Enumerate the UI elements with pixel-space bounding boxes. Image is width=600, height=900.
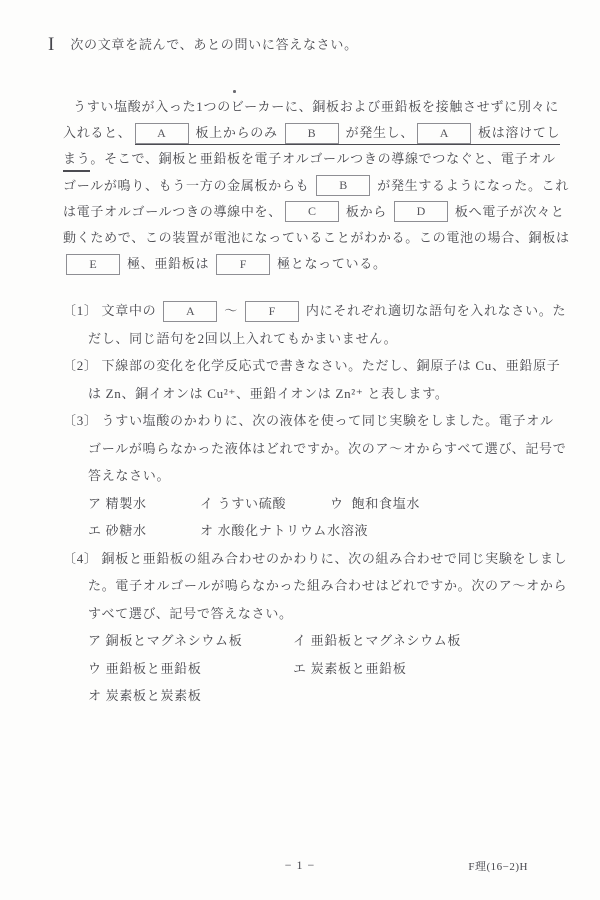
answer-box-A: A bbox=[417, 123, 471, 144]
answer-box-E: E bbox=[66, 254, 120, 275]
stray-dot-mark bbox=[233, 90, 236, 93]
text-segment: 板上からのみ bbox=[192, 125, 282, 140]
answer-box-B: B bbox=[285, 123, 339, 144]
passage-line: ゴールが鳴り、もう一方の金属板からも B が発生するようになった。これ bbox=[63, 173, 568, 199]
exam-body: うすい塩酸が入った1つのビーカーに、銅板および亜鉛板を接触させずに別々に入れると… bbox=[63, 94, 568, 710]
passage-line: うすい塩酸が入った1つのビーカーに、銅板および亜鉛板を接触させずに別々に bbox=[63, 94, 568, 120]
text-segment: まう bbox=[63, 151, 90, 166]
text-segment: 入れると、 bbox=[63, 125, 132, 140]
text-segment: 〔2〕 下線部の変化を化学反応式で書きなさい。ただし、銅原子は Cu、亜鉛原子 bbox=[63, 358, 560, 373]
question-4-line: た。電子オルゴールが鳴らなかった組み合わせはどれですか。次のア～オから bbox=[63, 572, 568, 600]
answer-box-A: A bbox=[135, 123, 189, 144]
document-code: F理(16−2)H bbox=[468, 858, 528, 874]
underline-rule bbox=[63, 170, 90, 172]
text-segment: が発生するようになった。これ bbox=[373, 178, 569, 193]
underline-rule bbox=[135, 144, 560, 146]
option-3-u: ウ 飽和食塩水 bbox=[330, 496, 420, 511]
section-header: I次の文章を読んで、あとの問いに答えなさい。 bbox=[48, 34, 358, 74]
question-1-line: だし、同じ語句を2回以上入れてもかまいません。 bbox=[63, 325, 568, 353]
text-segment: 板は溶けてし bbox=[474, 125, 560, 140]
answer-box-A: A bbox=[163, 301, 217, 322]
question-4-line: 〔4〕 銅板と亜鉛板の組み合わせのかわりに、次の組み合わせで同じ実験をしまし bbox=[63, 545, 568, 573]
text-segment: ～ bbox=[220, 303, 242, 318]
text-segment: ゴールが鳴り、もう一方の金属板からも bbox=[63, 178, 313, 193]
question-3-line: ゴールが鳴らなかった液体はどれですか。次のア～オからすべて選び、記号で bbox=[63, 435, 568, 463]
exam-page: I次の文章を読んで、あとの問いに答えなさい。 うすい塩酸が入った1つのビーカーに… bbox=[0, 0, 600, 900]
text-segment: が発生し、 bbox=[342, 125, 414, 140]
answer-box-C: C bbox=[285, 201, 339, 222]
answer-box-D: D bbox=[394, 201, 448, 222]
option-row: ウ 亜鉛板と亜鉛板エ 炭素板と亜鉛板 bbox=[63, 655, 568, 683]
option-4-e: エ 炭素板と亜鉛板 bbox=[293, 661, 407, 676]
text-segment: 〔3〕 うすい塩酸のかわりに、次の液体を使って同じ実験をしました。電子オル bbox=[63, 413, 554, 428]
text-segment: は電子オルゴールつきの導線中を、 bbox=[63, 204, 282, 219]
option-3-o: オ 水酸化ナトリウム水溶液 bbox=[200, 523, 368, 538]
text-segment: 板から bbox=[342, 204, 391, 219]
question-3-line: 〔3〕 うすい塩酸のかわりに、次の液体を使って同じ実験をしました。電子オル bbox=[63, 407, 568, 435]
question-2-line: 〔2〕 下線部の変化を化学反応式で書きなさい。ただし、銅原子は Cu、亜鉛原子 bbox=[63, 352, 568, 380]
option-row: オ 炭素板と炭素板 bbox=[63, 682, 568, 710]
text-segment: 動くためで、この装置が電池になっていることがわかる。この電池の場合、銅板は bbox=[63, 230, 570, 245]
text-segment: 極、亜鉛板は bbox=[123, 256, 213, 271]
text-segment: た。電子オルゴールが鳴らなかった組み合わせはどれですか。次のア～オから bbox=[88, 578, 567, 593]
option-row: エ 砂糖水オ 水酸化ナトリウム水溶液 bbox=[63, 517, 568, 545]
passage-line: は電子オルゴールつきの導線中を、C 板から D 板へ電子が次々と bbox=[63, 199, 568, 225]
option-4-o: オ 炭素板と炭素板 bbox=[88, 688, 202, 703]
text-segment: 答えなさい。 bbox=[88, 468, 170, 483]
text-segment: 板へ電子が次々と bbox=[451, 204, 565, 219]
answer-box-B: B bbox=[316, 175, 370, 196]
text-segment: 〔4〕 銅板と亜鉛板の組み合わせのかわりに、次の組み合わせで同じ実験をしまし bbox=[63, 551, 567, 566]
answer-box-F: F bbox=[216, 254, 270, 275]
text-segment: だし、同じ語句を2回以上入れてもかまいません。 bbox=[88, 331, 397, 346]
option-4-a: ア 銅板とマグネシウム板 bbox=[88, 627, 293, 655]
section-number: I bbox=[48, 34, 54, 55]
text-segment: 〔1〕 文章中の bbox=[63, 303, 160, 318]
question-2-line: は Zn、銅イオンは Cu²⁺、亜鉛イオンは Zn²⁺ と表します。 bbox=[63, 380, 568, 408]
option-row: ア 銅板とマグネシウム板イ 亜鉛板とマグネシウム板 bbox=[63, 627, 568, 655]
option-3-e: エ 砂糖水 bbox=[88, 517, 200, 545]
text-segment: ゴールが鳴らなかった液体はどれですか。次のア～オからすべて選び、記号で bbox=[88, 441, 566, 456]
section-heading: 次の文章を読んで、あとの問いに答えなさい。 bbox=[70, 37, 357, 52]
answer-box-F: F bbox=[245, 301, 299, 322]
passage-line: E 極、亜鉛板は F 極となっている。 bbox=[63, 251, 568, 277]
text-segment: 内にそれぞれ適切な語句を入れなさい。た bbox=[302, 303, 566, 318]
question-4-line: すべて選び、記号で答えなさい。 bbox=[63, 600, 568, 628]
option-3-i: イ うすい硫酸 bbox=[200, 490, 330, 518]
text-segment: 極となっている。 bbox=[273, 256, 387, 271]
text-segment: は Zn、銅イオンは Cu²⁺、亜鉛イオンは Zn²⁺ と表します。 bbox=[88, 386, 449, 401]
option-3-a: ア 精製水 bbox=[88, 490, 200, 518]
option-4-u: ウ 亜鉛板と亜鉛板 bbox=[88, 655, 293, 683]
text-segment: 。そこで、銅板と亜鉛板を電子オルゴールつきの導線でつなぐと、電子オル bbox=[90, 151, 555, 166]
passage-line: まう。そこで、銅板と亜鉛板を電子オルゴールつきの導線でつなぐと、電子オル bbox=[63, 146, 568, 172]
question-1-line: 〔1〕 文章中の A ～ F 内にそれぞれ適切な語句を入れなさい。た bbox=[63, 297, 568, 325]
option-row: ア 精製水イ うすい硫酸ウ 飽和食塩水 bbox=[63, 490, 568, 518]
question-3-line: 答えなさい。 bbox=[63, 462, 568, 490]
option-4-i: イ 亜鉛板とマグネシウム板 bbox=[293, 633, 461, 648]
passage-line: 入れると、A 板上からのみ B が発生し、A 板は溶けてし bbox=[63, 120, 568, 146]
passage-line: 動くためで、この装置が電池になっていることがわかる。この電池の場合、銅板は bbox=[63, 225, 568, 251]
text-segment: うすい塩酸が入った1つのビーカーに、銅板および亜鉛板を接触させずに別々に bbox=[73, 99, 559, 114]
text-segment: すべて選び、記号で答えなさい。 bbox=[88, 606, 293, 621]
